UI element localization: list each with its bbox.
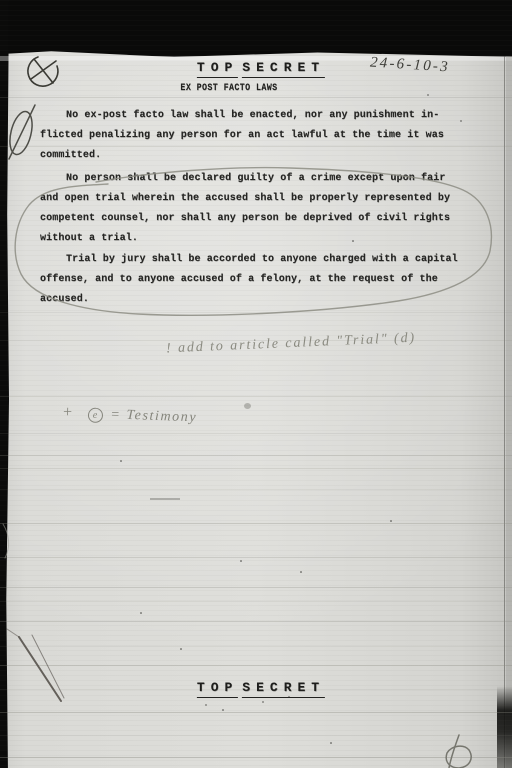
handwritten-testimony-note: +e= Testimony [62, 404, 198, 427]
pencil-phi-mark [6, 105, 36, 159]
handwritten-page-code: 24-6-10-3 [370, 55, 451, 77]
body-line: offense, and to anyone accused of a felo… [40, 274, 438, 285]
scanned-document-page: TOPSECRET 24-6-10-3 EX POST FACTO LAWS N… [0, 0, 512, 768]
body-line: Trial by jury shall be accorded to anyon… [40, 254, 458, 265]
pencil-circled-cross-mark [28, 57, 58, 86]
testimony-text: = Testimony [110, 407, 197, 425]
scan-edge-top [0, 0, 512, 57]
circled-letter: e [88, 408, 104, 424]
classification-footer: TOPSECRET [197, 680, 325, 695]
body-line: committed. [40, 150, 101, 161]
body-line: competent counsel, nor shall any person … [40, 213, 450, 224]
plus-mark: + [62, 404, 75, 421]
body-line: flicted penalizing any person for an act… [40, 130, 444, 141]
classification-word-secret: SECRET [242, 60, 325, 78]
scan-edge-bottom-right [497, 686, 512, 768]
body-line: No person shall be declared guilty of a … [40, 173, 446, 184]
classification-word-secret: SECRET [242, 680, 325, 698]
scan-margin-right [506, 56, 512, 768]
paper-smudge [244, 403, 251, 409]
classification-word-top: TOP [197, 680, 238, 698]
page-right-edge [504, 56, 505, 768]
classification-word-top: TOP [197, 60, 238, 78]
handwritten-margin-note: ! add to article called "Trial" (d) [166, 331, 417, 358]
body-line: accused. [40, 294, 89, 305]
body-line: No ex-post facto law shall be enacted, n… [40, 110, 439, 121]
pencil-bottom-right-mark [446, 735, 471, 768]
scan-edge-left [0, 0, 9, 768]
body-line: without a trial. [40, 233, 138, 244]
body-line: and open trial wherein the accused shall… [40, 193, 450, 204]
document-title: EX POST FACTO LAWS [180, 83, 277, 94]
classification-header: TOPSECRET [197, 60, 325, 75]
